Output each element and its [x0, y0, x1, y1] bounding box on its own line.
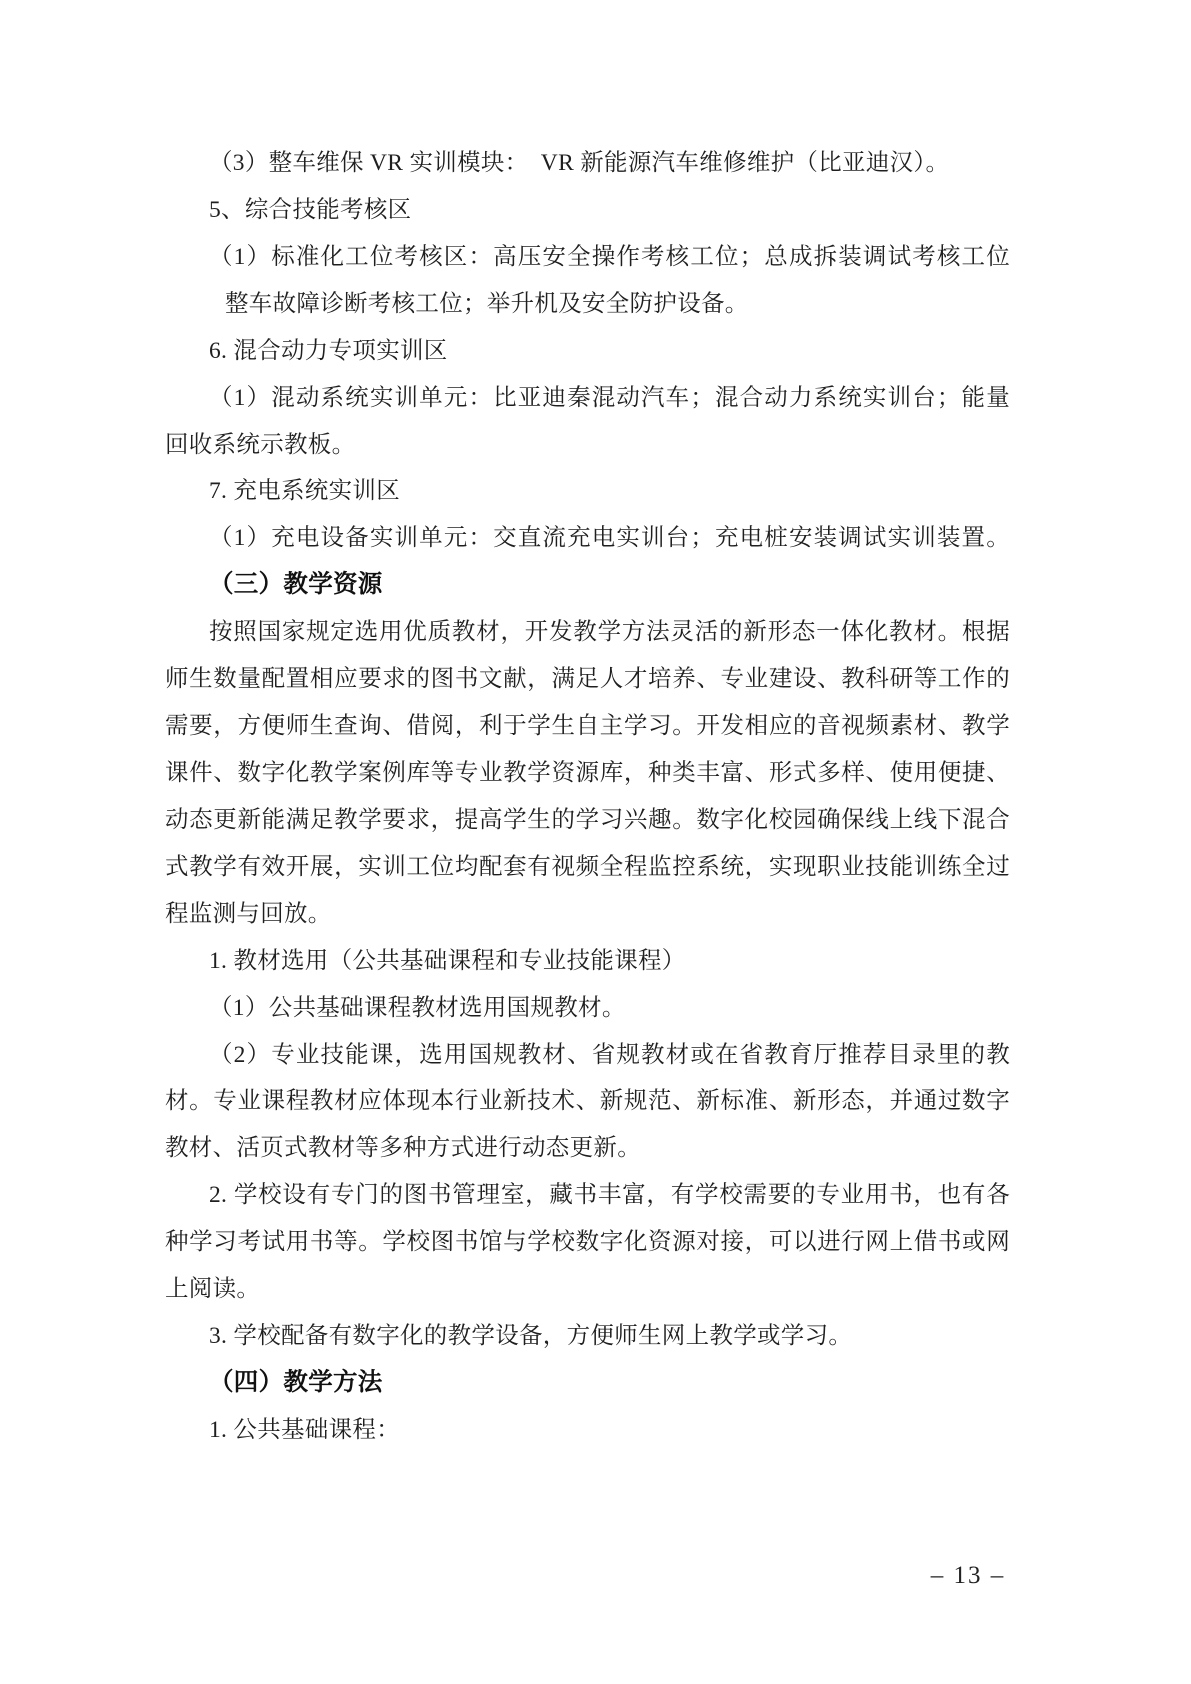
text-line: 按照国家规定选用优质教材，开发教学方法灵活的新形态一体化教材。根据	[165, 609, 1010, 656]
text-line: 7. 充电系统实训区	[165, 468, 1010, 515]
text-line: 动态更新能满足教学要求，提高学生的学习兴趣。数字化校园确保线上线下混合	[165, 797, 1010, 844]
text-line: 材。专业课程教材应体现本行业新技术、新规范、新标准、新形态，并通过数字	[165, 1078, 1010, 1125]
text-line: 师生数量配置相应要求的图书文献，满足人才培养、专业建设、教科研等工作的	[165, 656, 1010, 703]
document-body: （3）整车维保 VR 实训模块： VR 新能源汽车维修维护（比亚迪汉）。 5、综…	[165, 140, 1010, 1454]
text-line: 1. 公共基础课程：	[165, 1407, 1010, 1454]
text-line: 种学习考试用书等。学校图书馆与学校数字化资源对接，可以进行网上借书或网	[165, 1219, 1010, 1266]
text-line: 回收系统示教板。	[165, 422, 1010, 469]
text-line: 1. 教材选用（公共基础课程和专业技能课程）	[165, 938, 1010, 985]
text-line: 式教学有效开展，实训工位均配套有视频全程监控系统，实现职业技能训练全过	[165, 844, 1010, 891]
text-line: 教材、活页式教材等多种方式进行动态更新。	[165, 1125, 1010, 1172]
text-line: （1）标准化工位考核区：高压安全操作考核工位；总成拆装调试考核工位	[165, 234, 1010, 281]
text-line: 6. 混合动力专项实训区	[165, 328, 1010, 375]
section-heading: （四）教学方法	[165, 1360, 1010, 1407]
text-line: （3）整车维保 VR 实训模块： VR 新能源汽车维修维护（比亚迪汉）。	[165, 140, 1010, 187]
page-number: – 13 –	[898, 1561, 1038, 1591]
section-heading: （三）教学资源	[165, 562, 1010, 609]
text-line: 课件、数字化教学案例库等专业教学资源库，种类丰富、形式多样、使用便捷、	[165, 750, 1010, 797]
text-line: 上阅读。	[165, 1266, 1010, 1313]
text-line: 整车故障诊断考核工位；举升机及安全防护设备。	[165, 281, 1010, 328]
document-page: （3）整车维保 VR 实训模块： VR 新能源汽车维修维护（比亚迪汉）。 5、综…	[0, 0, 1191, 1684]
text-line: （2）专业技能课，选用国规教材、省规教材或在省教育厅推荐目录里的教	[165, 1032, 1010, 1079]
text-line: 3. 学校配备有数字化的教学设备，方便师生网上教学或学习。	[165, 1313, 1010, 1360]
text-line: 需要，方便师生查询、借阅，利于学生自主学习。开发相应的音视频素材、教学	[165, 703, 1010, 750]
text-line: （1）公共基础课程教材选用国规教材。	[165, 985, 1010, 1032]
text-line: 2. 学校设有专门的图书管理室，藏书丰富，有学校需要的专业用书，也有各	[165, 1172, 1010, 1219]
text-line: （1）充电设备实训单元：交直流充电实训台；充电桩安装调试实训装置。	[165, 515, 1010, 562]
text-line: （1）混动系统实训单元：比亚迪秦混动汽车；混合动力系统实训台；能量	[165, 375, 1010, 422]
text-line: 程监测与回放。	[165, 891, 1010, 938]
text-line: 5、综合技能考核区	[165, 187, 1010, 234]
